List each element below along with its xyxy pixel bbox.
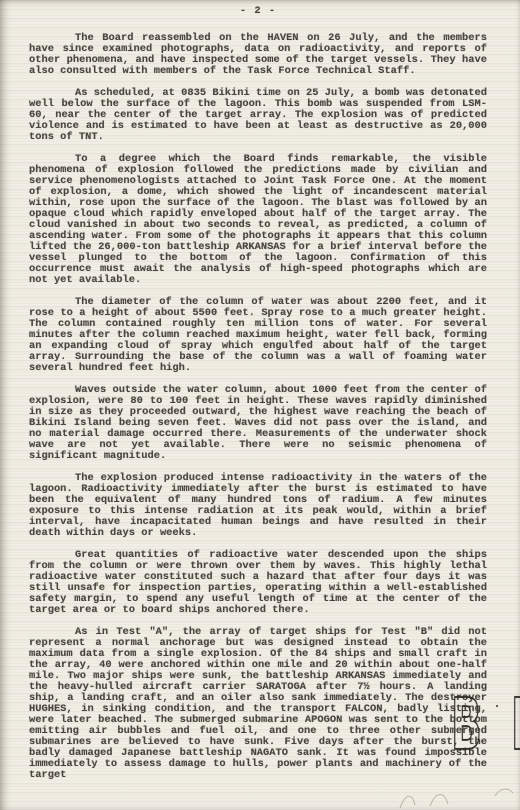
- pencil-mark: [400, 789, 513, 808]
- document-body: The Board reassembled on the HAVEN on 26…: [29, 33, 487, 781]
- paragraph-test-b-array: As in Test "A", the array of target ship…: [29, 627, 487, 781]
- stamp-partial-letter: P: [511, 683, 520, 767]
- paragraph-water-column: The diameter of the column of water was …: [29, 297, 487, 374]
- paragraph-board-reassembled: The Board reassembled on the HAVEN on 26…: [29, 33, 487, 77]
- paragraph-radioactive-water: Great quantities of radioactive water de…: [29, 550, 487, 616]
- paragraph-bomb-detonated: As scheduled, at 0835 Bikini time on 25 …: [29, 88, 487, 143]
- ink-speck: [496, 705, 498, 707]
- page-number: - 2 -: [29, 6, 487, 17]
- paragraph-radioactivity: The explosion produced intense radioacti…: [29, 473, 487, 539]
- scanned-document-page: - 2 - The Board reassembled on the HAVEN…: [0, 0, 520, 810]
- paragraph-visible-phenomena: To a degree which the Board finds remark…: [29, 154, 487, 286]
- paragraph-waves: Waves outside the water column, about 10…: [29, 385, 487, 462]
